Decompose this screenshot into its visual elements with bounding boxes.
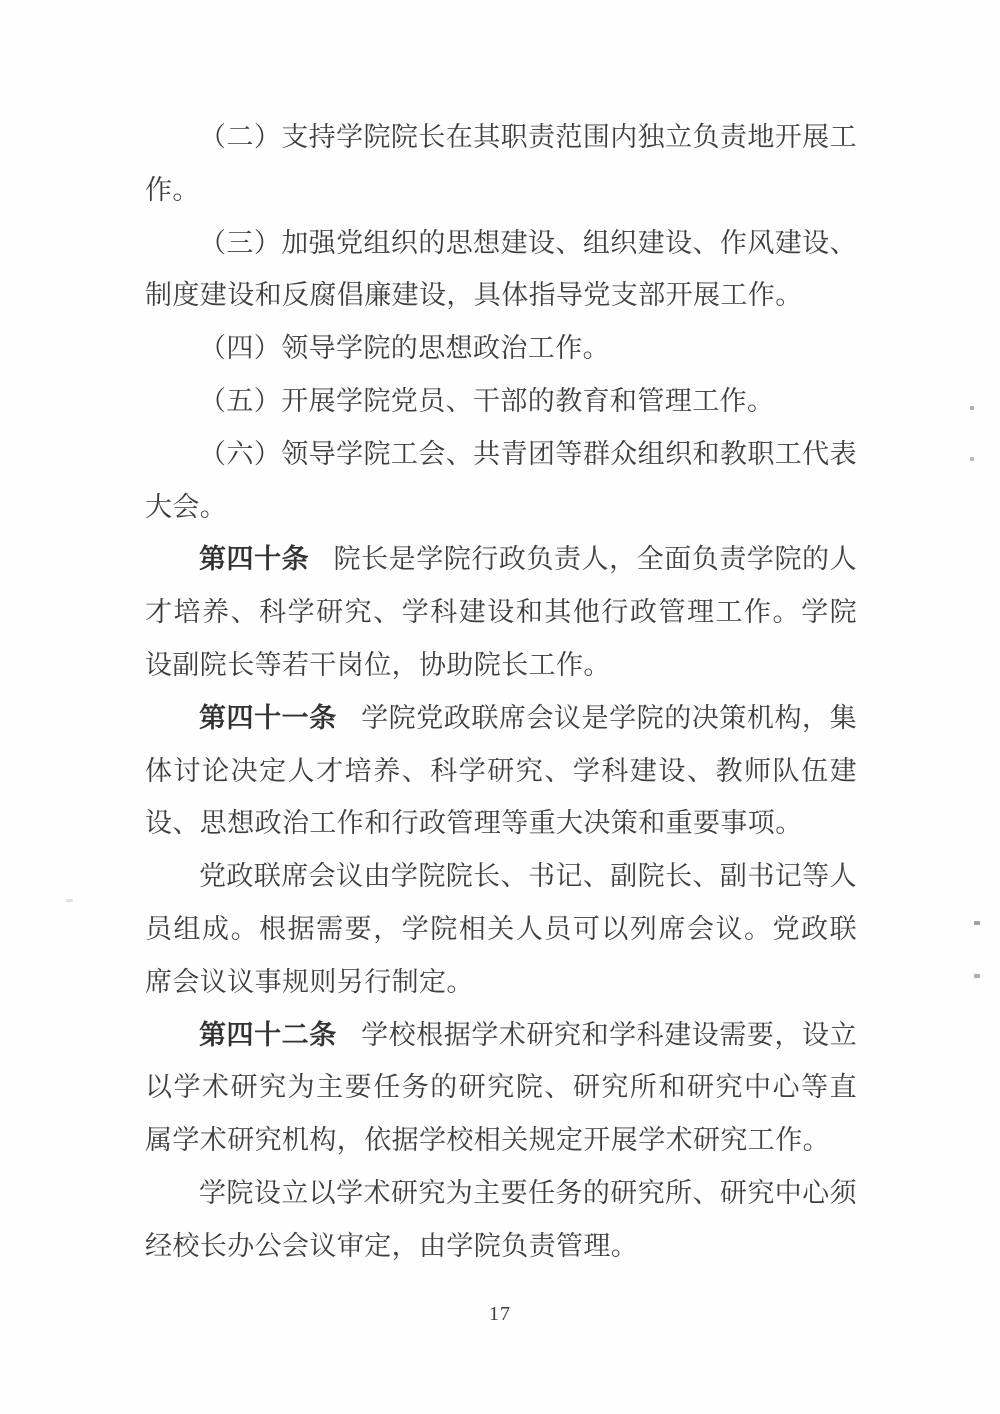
paragraph-text: （四）领导学院的思想政治工作。 [199, 333, 610, 363]
page-number: 17 [0, 1303, 1000, 1326]
paragraph-text: （六）领导学院工会、共青团等群众组织和教职工代表大会。 [145, 439, 857, 522]
document-page: （二）支持学院院长在其职责范围内独立负责地开展工作。（三）加强党组织的思想建设、… [0, 0, 1000, 1414]
paragraph: （六）领导学院工会、共青团等群众组织和教职工代表大会。 [145, 428, 857, 534]
paragraph: 第四十二条学校根据学术研究和学科建设需要，设立以学术研究为主要任务的研究院、研究… [145, 1009, 857, 1167]
paragraph: （二）支持学院院长在其职责范围内独立负责地开展工作。 [145, 111, 857, 217]
paragraph: 党政联席会议由学院院长、书记、副院长、副书记等人员组成。根据需要，学院相关人员可… [145, 850, 857, 1008]
scan-speck [66, 899, 73, 902]
article-number: 第四十一条 [199, 703, 337, 733]
paragraph-text: 学院设立以学术研究为主要任务的研究所、研究中心须经校长办公会议审定，由学院负责管… [145, 1178, 857, 1261]
scan-speck [970, 406, 974, 410]
scan-speck [970, 457, 974, 461]
paragraph: （三）加强党组织的思想建设、组织建设、作风建设、制度建设和反腐倡廉建设，具体指导… [145, 217, 857, 323]
article-number: 第四十二条 [199, 1020, 337, 1050]
paragraph-text: 党政联席会议由学院院长、书记、副院长、副书记等人员组成。根据需要，学院相关人员可… [145, 861, 857, 997]
paragraph-text: （三）加强党组织的思想建设、组织建设、作风建设、制度建设和反腐倡廉建设，具体指导… [145, 228, 857, 311]
paragraph: （四）领导学院的思想政治工作。 [145, 322, 857, 375]
paragraph: （五）开展学院党员、干部的教育和管理工作。 [145, 375, 857, 428]
paragraph: 第四十条院长是学院行政负责人，全面负责学院的人才培养、科学研究、学科建设和其他行… [145, 533, 857, 691]
paragraph-text: （五）开展学院党员、干部的教育和管理工作。 [199, 386, 774, 416]
paragraph: 第四十一条学院党政联席会议是学院的决策机构，集体讨论决定人才培养、科学研究、学科… [145, 692, 857, 850]
paragraph: 学院设立以学术研究为主要任务的研究所、研究中心须经校长办公会议审定，由学院负责管… [145, 1167, 857, 1273]
scan-speck [974, 974, 980, 978]
document-content: （二）支持学院院长在其职责范围内独立负责地开展工作。（三）加强党组织的思想建设、… [145, 111, 857, 1273]
article-number: 第四十条 [199, 544, 309, 574]
paragraph-text: （二）支持学院院长在其职责范围内独立负责地开展工作。 [145, 122, 857, 205]
scan-speck [974, 921, 980, 925]
